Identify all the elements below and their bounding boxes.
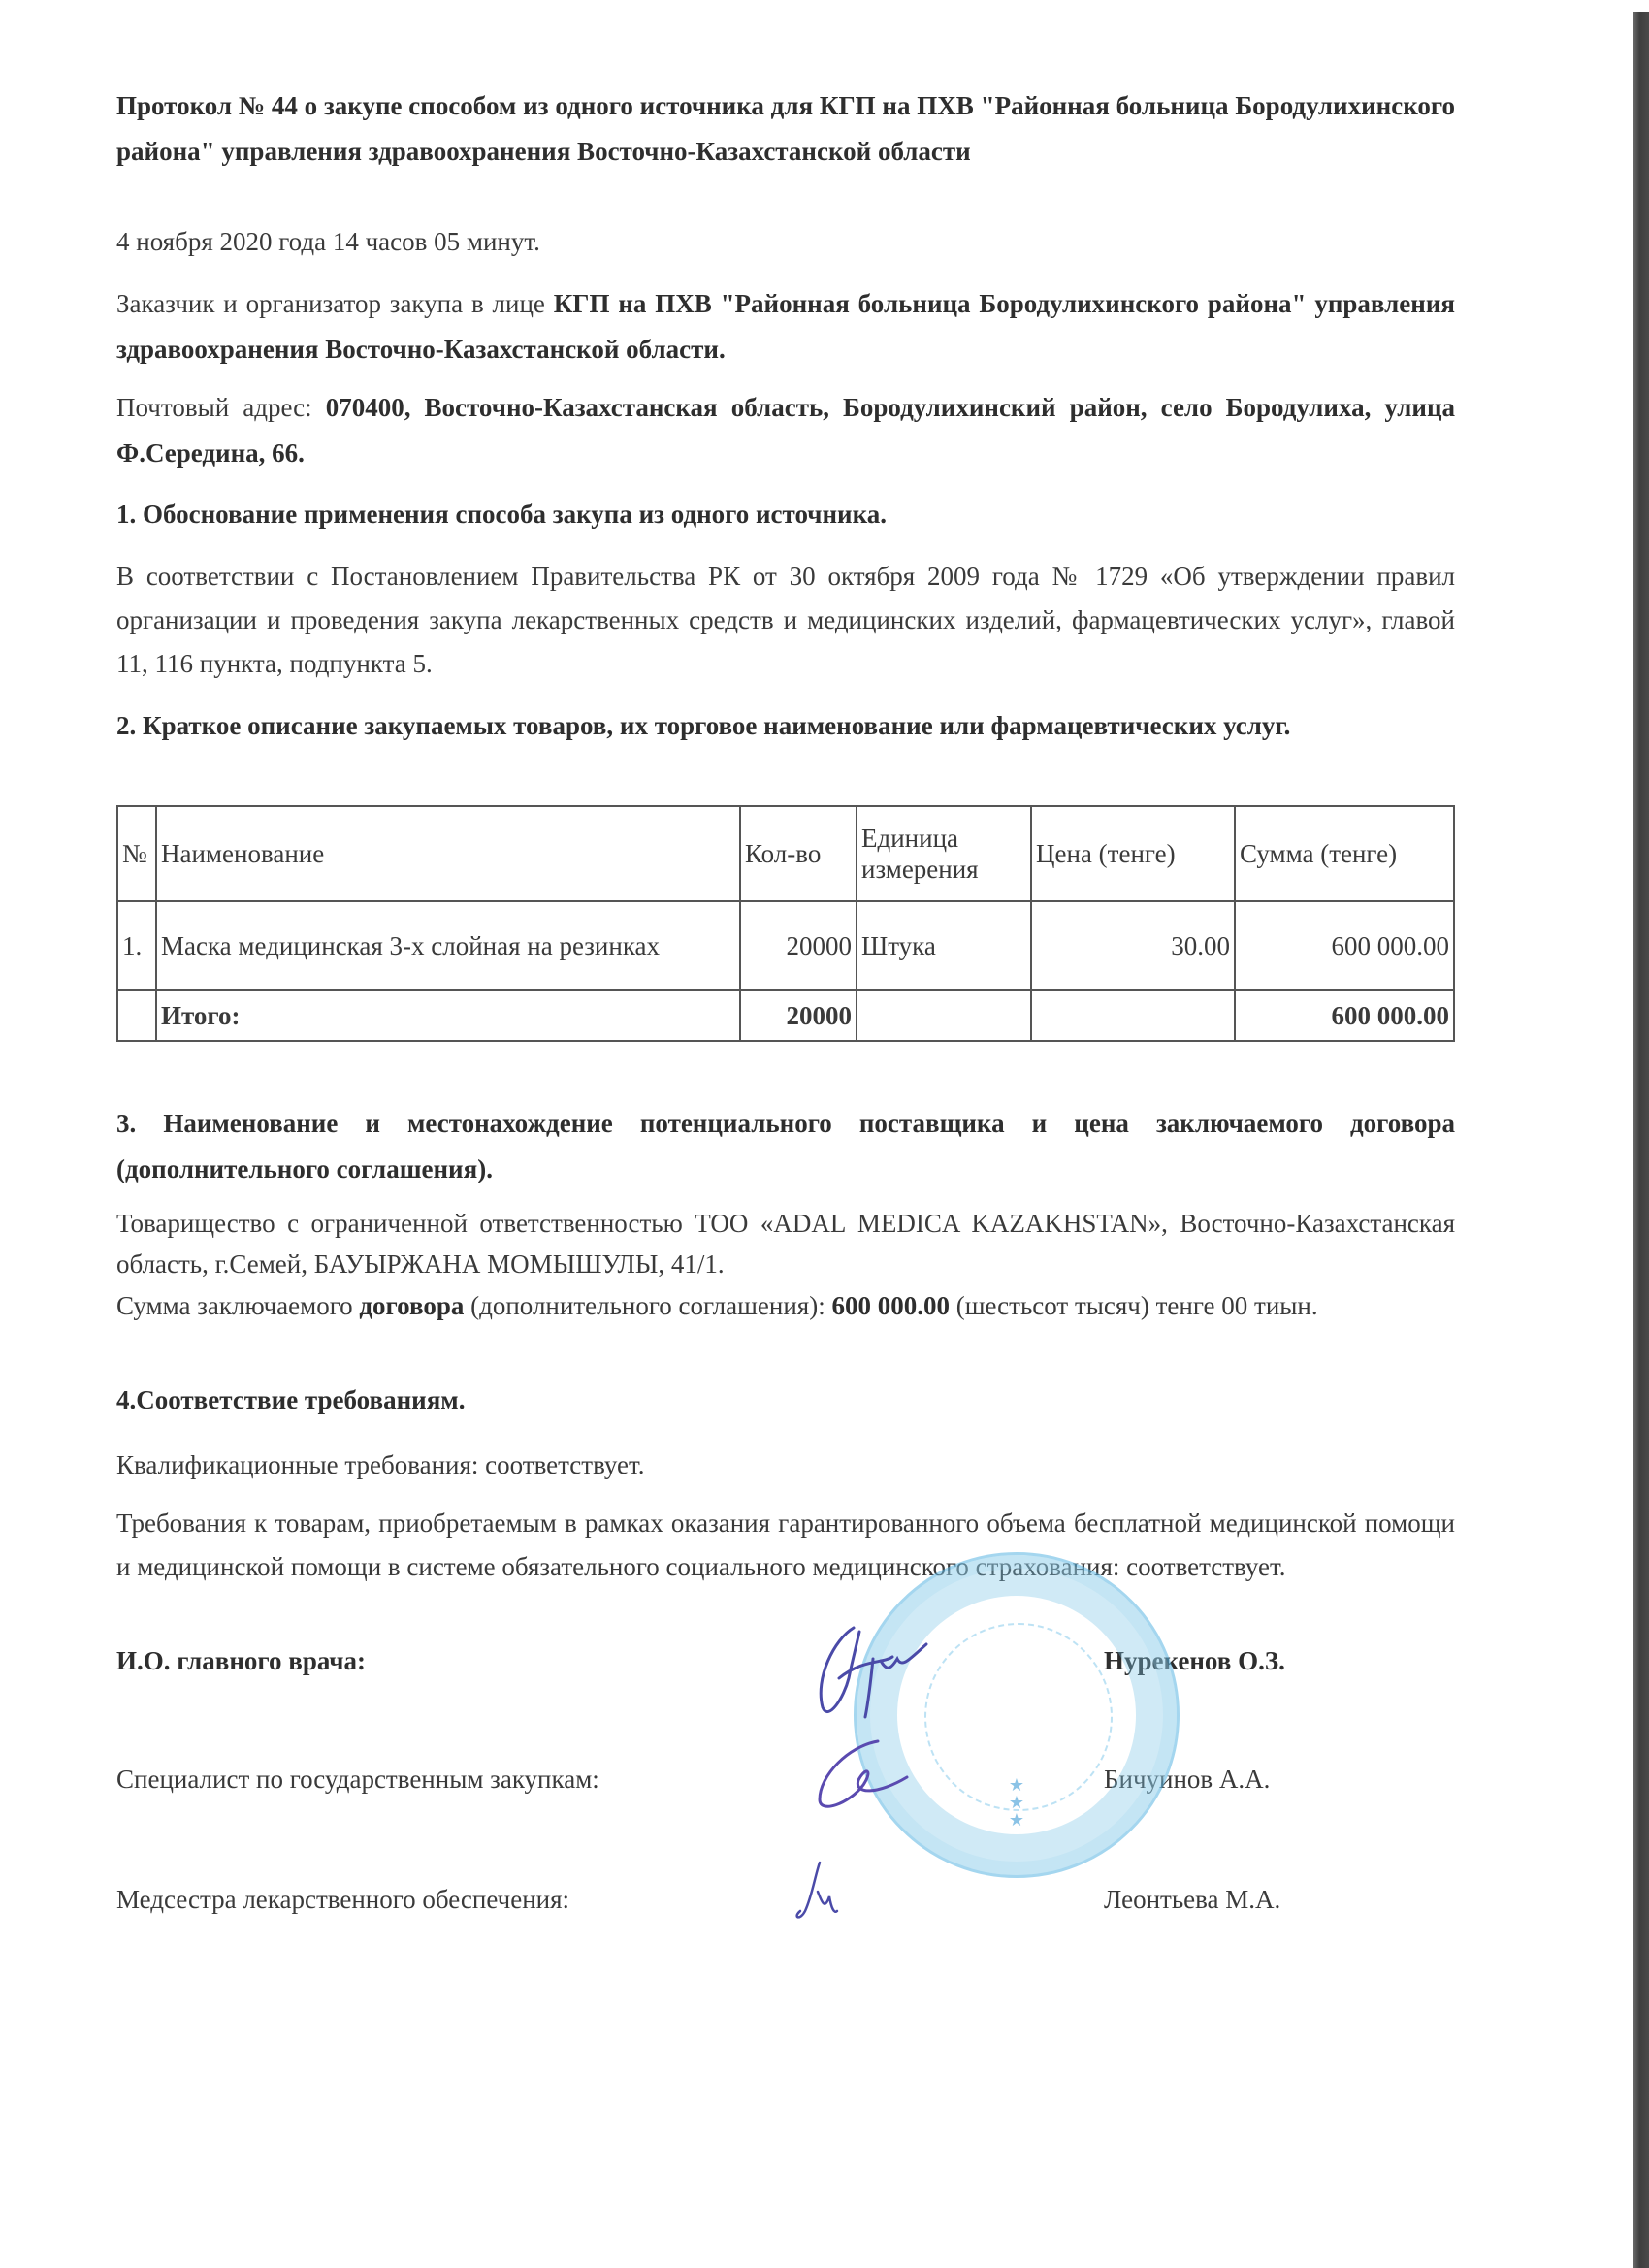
signature-role-specialist: Специалист по государственным закупкам: [116, 1758, 679, 1801]
goods-requirements-text: Требования к товарам, приобретаемым в ра… [116, 1502, 1455, 1589]
items-table: № Наименование Кол-во Единица измерения … [116, 805, 1455, 1042]
table-row: 1. Маска медицинская 3-х слойная на рези… [117, 901, 1454, 990]
total-unit-empty [857, 990, 1031, 1041]
section3-heading: 3. Наименование и местонахождение потенц… [116, 1101, 1455, 1192]
document-date-time: 4 ноября 2020 года 14 часов 05 минут. [116, 219, 1455, 265]
section2-heading: 2. Краткое описание закупаемых товаров, … [116, 703, 1455, 749]
customer-paragraph: Заказчик и организатор закупа в лице КГП… [116, 281, 1455, 373]
sum-value: 600 000.00 [831, 1291, 950, 1320]
header-sum: Сумма (тенге) [1235, 806, 1454, 901]
sum-prefix: Сумма заключаемого [116, 1291, 359, 1320]
table-header-row: № Наименование Кол-во Единица измерения … [117, 806, 1454, 901]
total-qty: 20000 [740, 990, 857, 1041]
signature-role-nurse: Медсестра лекарственного обеспечения: [116, 1878, 569, 1922]
row-num: 1. [117, 901, 156, 990]
row-name: Маска медицинская 3-х слойная на резинка… [156, 901, 740, 990]
address-prefix: Почтовый адрес: [116, 393, 326, 422]
header-qty: Кол-во [740, 806, 857, 901]
signature-nurse-icon [791, 1858, 849, 1926]
row-sum: 600 000.00 [1235, 901, 1454, 990]
row-price: 30.00 [1031, 901, 1235, 990]
signature-specialist-icon [810, 1736, 917, 1814]
sum-bold-word: договора [359, 1291, 464, 1320]
total-price-empty [1031, 990, 1235, 1041]
sum-suffix: (шестьсот тысяч) тенге 00 тиын. [950, 1291, 1318, 1320]
total-sum: 600 000.00 [1235, 990, 1454, 1041]
header-price: Цена (тенге) [1031, 806, 1235, 901]
address-paragraph: Почтовый адрес: 070400, Восточно-Казахст… [116, 385, 1455, 476]
signature-role-chief: И.О. главного врача: [116, 1639, 366, 1683]
row-unit: Штука [857, 901, 1031, 990]
sum-middle: (дополнительного соглашения): [464, 1291, 831, 1320]
header-name: Наименование [156, 806, 740, 901]
document-title: Протокол № 44 о закупе способом из одног… [116, 83, 1455, 175]
signature-name-nurse: Леонтьева М.А. [1104, 1878, 1280, 1922]
scan-edge-shadow [1633, 12, 1649, 2268]
total-num-empty [117, 990, 156, 1041]
section1-heading: 1. Обоснование применения способа закупа… [116, 492, 1455, 537]
header-num: № [117, 806, 156, 901]
section4-heading: 4.Соответствие требованиям. [116, 1377, 1455, 1423]
row-qty: 20000 [740, 901, 857, 990]
qualification-text: Квалификационные требования: соответству… [116, 1442, 1455, 1488]
signature-chief-icon [795, 1620, 931, 1727]
section1-text: В соответствии с Постановлением Правител… [116, 555, 1455, 686]
table-total-row: Итого: 20000 600 000.00 [117, 990, 1454, 1041]
supplier-text: Товарищество с ограниченной ответственно… [116, 1203, 1455, 1284]
total-label: Итого: [156, 990, 740, 1041]
contract-sum-paragraph: Сумма заключаемого договора (дополнитель… [116, 1284, 1455, 1327]
stamp-stars-icon: ★★★ [1002, 1776, 1031, 1829]
customer-prefix: Заказчик и организатор закупа в лице [116, 289, 554, 318]
header-unit: Единица измерения [857, 806, 1031, 901]
